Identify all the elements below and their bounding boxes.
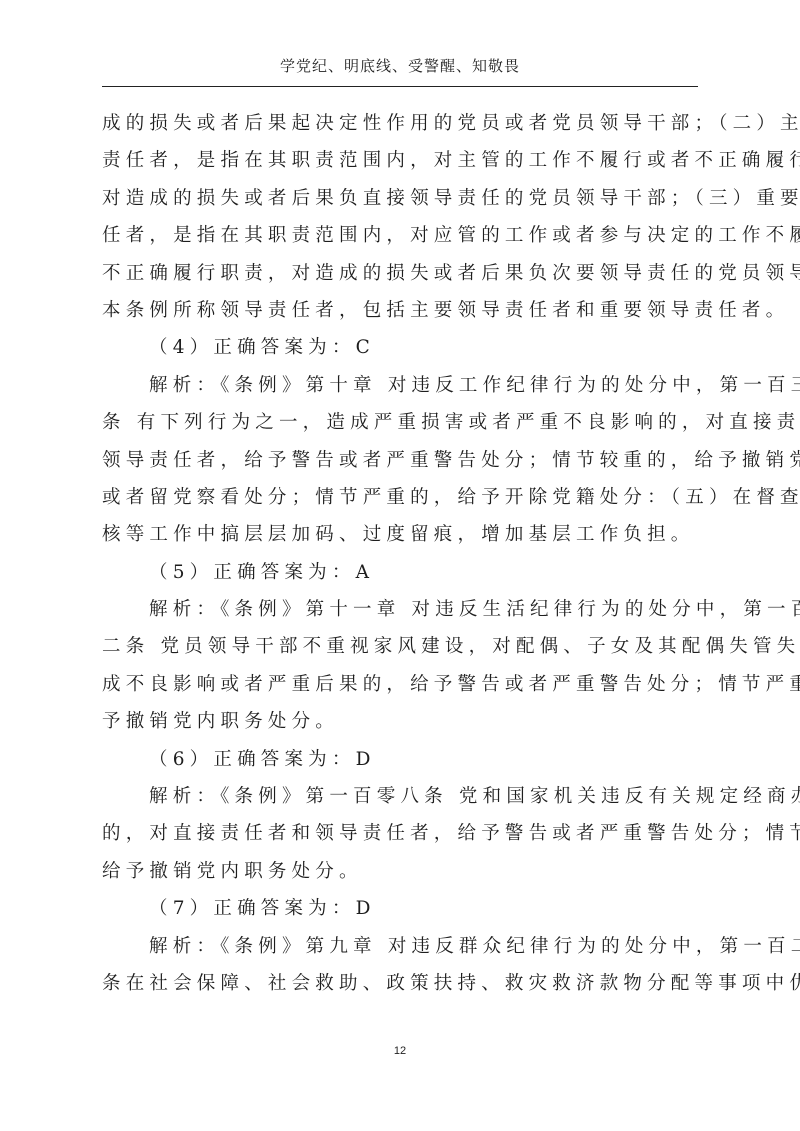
header-divider: [102, 86, 698, 87]
text-line: 条在社会保障、社会救助、政策扶持、救灾救济款物分配等事项中优亲厚友、: [102, 965, 702, 1002]
answer-heading-5: （5）正确答案为：A: [102, 554, 702, 591]
analysis-line: 解析：《条例》第十一章 对违反生活纪律行为的处分中，第一百五十: [102, 591, 702, 628]
text-line: 不正确履行职责，对造成的损失或者后果负次要领导责任的党员领导干部。: [102, 255, 702, 292]
text-line: 成的损失或者后果起决定性作用的党员或者党员领导干部；（二）主要领导: [102, 105, 702, 142]
analysis-line: 解析：《条例》第一百零八条 党和国家机关违反有关规定经商办企业: [102, 778, 702, 815]
text-line: 予撤销党内职务处分。: [102, 703, 702, 740]
text-line: 领导责任者，给予警告或者严重警告处分；情节较重的，给予撤销党内职务: [102, 442, 702, 479]
text-line: 成不良影响或者严重后果的，给予警告或者严重警告处分；情节严重的，给: [102, 666, 702, 703]
text-line: 或者留党察看处分；情节严重的，给予开除党籍处分：（五）在督查检查考: [102, 479, 702, 516]
analysis-line: 解析：《条例》第九章 对违反群众纪律行为的处分中，第一百二十四: [102, 928, 702, 965]
text-line: 的，对直接责任者和领导责任者，给予警告或者严重警告处分；情节严重的，: [102, 815, 702, 852]
text-line: 任者，是指在其职责范围内，对应管的工作或者参与决定的工作不履行或者: [102, 217, 702, 254]
text-line: 责任者，是指在其职责范围内，对主管的工作不履行或者不正确履行职责，: [102, 142, 702, 179]
text-line: 二条 党员领导干部不重视家风建设，对配偶、子女及其配偶失管失教，造: [102, 628, 702, 665]
page-number: 12: [0, 1045, 800, 1057]
answer-heading-7: （7）正确答案为：D: [102, 890, 702, 927]
running-header-title: 学党纪、明底线、受警醒、知敬畏: [0, 55, 800, 76]
analysis-line: 解析：《条例》第十章 对违反工作纪律行为的处分中，第一百三十二: [102, 367, 702, 404]
text-line: 对造成的损失或者后果负直接领导责任的党员领导干部；（三）重要领导责: [102, 180, 702, 217]
text-line: 条 有下列行为之一，造成严重损害或者严重不良影响的，对直接责任者和: [102, 404, 702, 441]
text-line: 核等工作中搞层层加码、过度留痕，增加基层工作负担。: [102, 516, 702, 553]
text-line: 给予撤销党内职务处分。: [102, 853, 702, 890]
answer-heading-6: （6）正确答案为：D: [102, 741, 702, 778]
text-line: 本条例所称领导责任者，包括主要领导责任者和重要领导责任者。: [102, 292, 702, 329]
document-body: 成的损失或者后果起决定性作用的党员或者党员领导干部；（二）主要领导 责任者，是指…: [102, 105, 702, 1002]
answer-heading-4: （4）正确答案为：C: [102, 329, 702, 366]
